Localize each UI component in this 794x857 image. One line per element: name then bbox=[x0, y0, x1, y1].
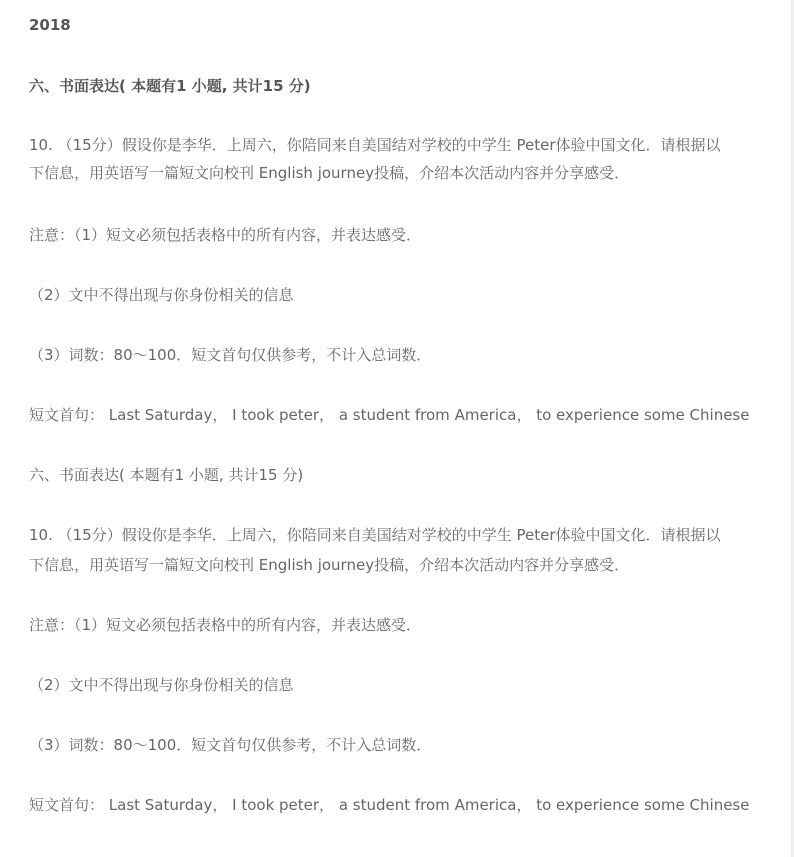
year-heading: 2018 bbox=[29, 15, 71, 35]
note-item: （3）词数：80～100．短文首句仅供参考，不计入总词数． bbox=[29, 345, 431, 365]
opening-sentence: 短文首句： Last Saturday， I took peter， a stu… bbox=[29, 405, 749, 425]
opening-sentence: 短文首句： Last Saturday， I took peter， a stu… bbox=[29, 795, 749, 815]
note-item: 注意：（1）短文必须包括表格中的所有内容，并表达感受． bbox=[29, 615, 421, 635]
note-item: （2）文中不得出现与你身份相关的信息 bbox=[29, 285, 294, 305]
question-text: 10. （15分）假设你是李华．上周六，你陪同来自美国结对学校的中学生 Pete… bbox=[29, 135, 721, 155]
question-text: 下信息，用英语写一篇短文向校刊 English journey投稿，介绍本次活动… bbox=[29, 555, 629, 575]
note-item: （3）词数：80～100．短文首句仅供参考，不计入总词数． bbox=[29, 735, 431, 755]
section-heading: 六、书面表达( 本题有1 小题, 共计15 分) bbox=[29, 76, 311, 96]
note-item: 注意：（1）短文必须包括表格中的所有内容，并表达感受． bbox=[29, 225, 421, 245]
section-heading: 六、书面表达( 本题有1 小题, 共计15 分) bbox=[29, 465, 303, 485]
question-text: 10. （15分）假设你是李华．上周六，你陪同来自美国结对学校的中学生 Pete… bbox=[29, 525, 721, 545]
note-item: （2）文中不得出现与你身份相关的信息 bbox=[29, 675, 294, 695]
question-text: 下信息，用英语写一篇短文向校刊 English journey投稿，介绍本次活动… bbox=[29, 163, 629, 183]
